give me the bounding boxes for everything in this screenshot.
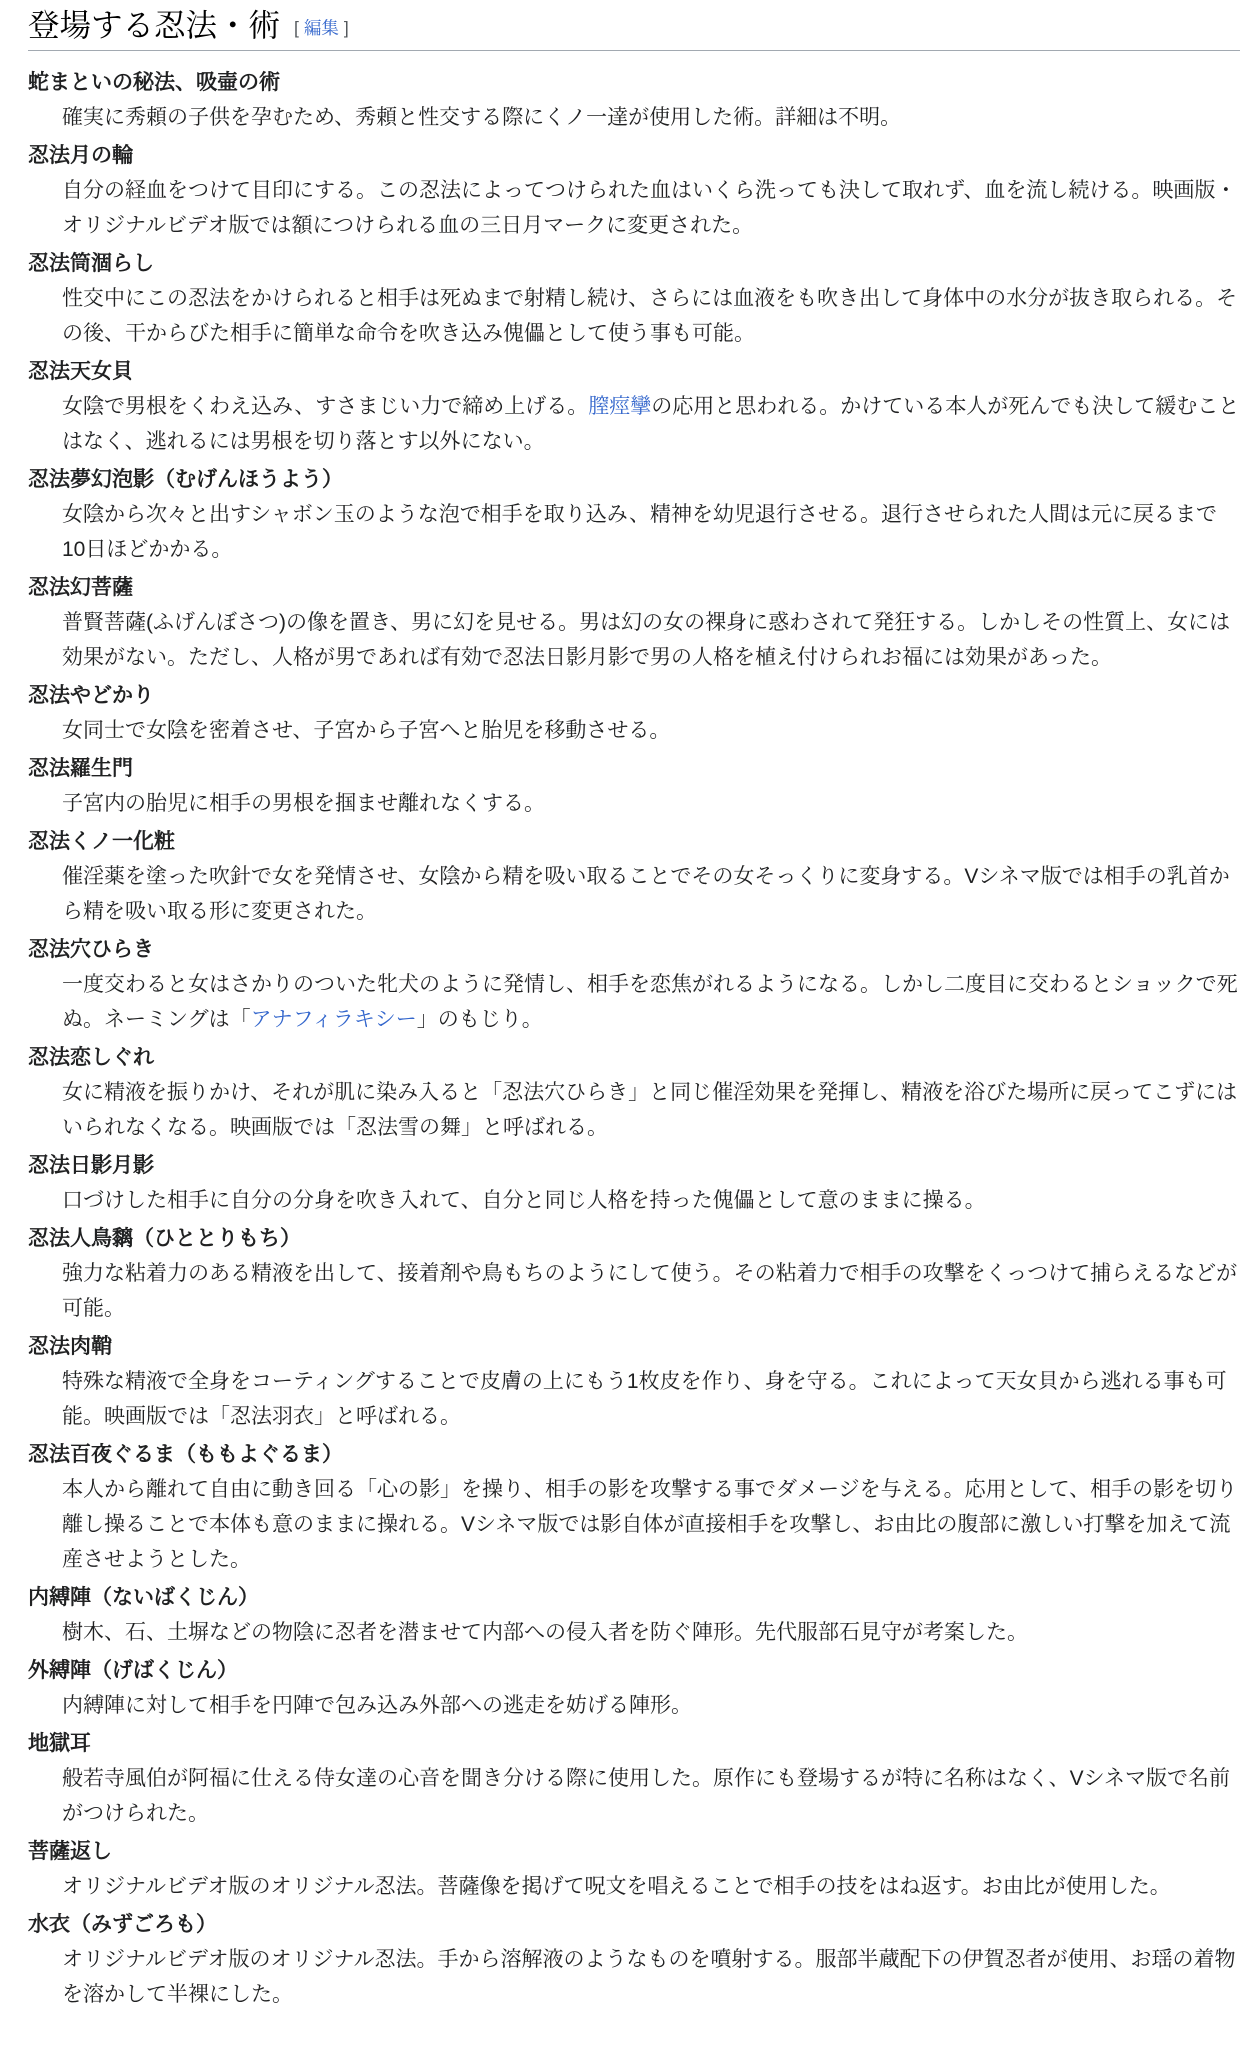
technique-description: 女に精液を振りかけ、それが肌に染み入ると「忍法穴ひらき」と同じ催淫効果を発揮し、… — [62, 1075, 1240, 1145]
technique-description: 普賢菩薩(ふげんぼさつ)の像を置き、男に幻を見せる。男は幻の女の裸身に惑わされて… — [62, 605, 1240, 675]
description-text: 女同士で女陰を密着させ、子宮から子宮へと胎児を移動させる。 — [62, 719, 670, 742]
technique-term: 忍法日影月影 — [28, 1148, 1240, 1183]
description-text: 強力な粘着力のある精液を出して、接着剤や鳥もちのようにして使う。その粘着力で相手… — [62, 1262, 1237, 1320]
technique-term: 外縛陣（げばくじん） — [28, 1653, 1240, 1688]
inline-link[interactable]: 膣痙攣 — [588, 395, 651, 418]
description-text: 自分の経血をつけて目印にする。この忍法によってつけられた血はいくら洗っても決して… — [62, 179, 1236, 237]
description-text: 一度交わると女はさかりのついた牝犬のように発情し、相手を恋焦がれるようになる。し… — [62, 973, 1238, 1031]
description-text: 女陰から次々と出すシャボン玉のような泡で相手を取り込み、精神を幼児退行させる。退… — [62, 503, 1217, 561]
description-text: 女に精液を振りかけ、それが肌に染み入ると「忍法穴ひらき」と同じ催淫効果を発揮し、… — [62, 1081, 1237, 1139]
description-text: 性交中にこの忍法をかけられると相手は死ぬまで射精し続け、さらには血液をも吹き出し… — [62, 287, 1237, 345]
technique-term: 蛇まといの秘法、吸壷の術 — [28, 65, 1240, 100]
description-text: オリジナルビデオ版のオリジナル忍法。手から溶解液のようなものを噴射する。服部半蔵… — [62, 1948, 1235, 2006]
technique-term: 水衣（みずごろも） — [28, 1907, 1240, 1942]
edit-link[interactable]: 編集 — [304, 18, 339, 38]
edit-bracket-left: [ — [294, 18, 299, 38]
description-text: 確実に秀頼の子供を孕むため、秀頼と性交する際にくノ一達が使用した術。詳細は不明。 — [62, 106, 901, 129]
description-text: 普賢菩薩(ふげんぼさつ)の像を置き、男に幻を見せる。男は幻の女の裸身に惑わされて… — [62, 611, 1230, 669]
inline-link[interactable]: アナフィラキシー — [251, 1008, 417, 1031]
description-text: 般若寺風伯が阿福に仕える侍女達の心音を聞き分ける際に使用した。原作にも登場するが… — [62, 1767, 1230, 1825]
technique-term: 忍法月の輪 — [28, 138, 1240, 173]
technique-term: 地獄耳 — [28, 1726, 1240, 1761]
technique-term: 忍法幻菩薩 — [28, 570, 1240, 605]
description-text: 催淫薬を塗った吹針で女を発情させ、女陰から精を吸い取ることでその女そっくりに変身… — [62, 865, 1230, 923]
technique-description: 本人から離れて自由に動き回る「心の影」を操り、相手の影を攻撃する事でダメージを与… — [62, 1472, 1240, 1577]
description-text: 内縛陣に対して相手を円陣で包み込み外部への逃走を妨げる陣形。 — [62, 1694, 692, 1717]
technique-description: 特殊な精液で全身をコーティングすることで皮膚の上にもう1枚皮を作り、身を守る。こ… — [62, 1364, 1240, 1434]
technique-term: 忍法人鳥黐（ひととりもち） — [28, 1221, 1240, 1256]
technique-description: 強力な粘着力のある精液を出して、接着剤や鳥もちのようにして使う。その粘着力で相手… — [62, 1256, 1240, 1326]
description-text: 樹木、石、土塀などの物陰に忍者を潜ませて内部への侵入者を防ぐ陣形。先代服部石見守… — [62, 1621, 1028, 1644]
description-text: 本人から離れて自由に動き回る「心の影」を操り、相手の影を攻撃する事でダメージを与… — [62, 1478, 1237, 1571]
technique-description: 口づけした相手に自分の分身を吹き入れて、自分と同じ人格を持った傀儡として意のまま… — [62, 1183, 1240, 1218]
technique-term: 忍法夢幻泡影（むげんほうよう） — [28, 462, 1240, 497]
technique-description: 確実に秀頼の子供を孕むため、秀頼と性交する際にくノ一達が使用した術。詳細は不明。 — [62, 100, 1240, 135]
description-text: オリジナルビデオ版のオリジナル忍法。菩薩像を掲げて呪文を唱えることで相手の技をは… — [62, 1875, 1171, 1898]
description-text: 子宮内の胎児に相手の男根を掴ませ離れなくする。 — [62, 792, 545, 815]
technique-term: 忍法筒涸らし — [28, 246, 1240, 281]
section-heading: 登場する忍法・術[編集] — [28, 2, 1240, 51]
technique-term: 忍法やどかり — [28, 678, 1240, 713]
techniques-list: 蛇まといの秘法、吸壷の術確実に秀頼の子供を孕むため、秀頼と性交する際にくノ一達が… — [28, 65, 1240, 2012]
technique-term: 忍法天女貝 — [28, 354, 1240, 389]
technique-description: 女陰で男根をくわえ込み、すさまじい力で締め上げる。膣痙攣の応用と思われる。かけて… — [62, 389, 1240, 459]
technique-term: 忍法くノ一化粧 — [28, 824, 1240, 859]
technique-term: 忍法恋しぐれ — [28, 1040, 1240, 1075]
technique-description: オリジナルビデオ版のオリジナル忍法。手から溶解液のようなものを噴射する。服部半蔵… — [62, 1942, 1240, 2012]
technique-term: 忍法穴ひらき — [28, 932, 1240, 967]
technique-description: 女同士で女陰を密着させ、子宮から子宮へと胎児を移動させる。 — [62, 713, 1240, 748]
technique-description: オリジナルビデオ版のオリジナル忍法。菩薩像を掲げて呪文を唱えることで相手の技をは… — [62, 1869, 1240, 1904]
technique-description: 樹木、石、土塀などの物陰に忍者を潜ませて内部への侵入者を防ぐ陣形。先代服部石見守… — [62, 1615, 1240, 1650]
technique-description: 般若寺風伯が阿福に仕える侍女達の心音を聞き分ける際に使用した。原作にも登場するが… — [62, 1761, 1240, 1831]
technique-description: 催淫薬を塗った吹針で女を発情させ、女陰から精を吸い取ることでその女そっくりに変身… — [62, 859, 1240, 929]
description-text: 口づけした相手に自分の分身を吹き入れて、自分と同じ人格を持った傀儡として意のまま… — [62, 1189, 986, 1212]
technique-description: 性交中にこの忍法をかけられると相手は死ぬまで射精し続け、さらには血液をも吹き出し… — [62, 281, 1240, 351]
edit-bracket-right: ] — [344, 18, 349, 38]
technique-term: 忍法百夜ぐるま（ももよぐるま） — [28, 1437, 1240, 1472]
technique-description: 内縛陣に対して相手を円陣で包み込み外部への逃走を妨げる陣形。 — [62, 1688, 1240, 1723]
technique-description: 一度交わると女はさかりのついた牝犬のように発情し、相手を恋焦がれるようになる。し… — [62, 967, 1240, 1037]
technique-term: 忍法肉鞘 — [28, 1329, 1240, 1364]
description-text: 特殊な精液で全身をコーティングすることで皮膚の上にもう1枚皮を作り、身を守る。こ… — [62, 1370, 1227, 1428]
technique-term: 忍法羅生門 — [28, 751, 1240, 786]
description-text: 」のもじり。 — [417, 1008, 543, 1031]
technique-description: 自分の経血をつけて目印にする。この忍法によってつけられた血はいくら洗っても決して… — [62, 173, 1240, 243]
technique-description: 女陰から次々と出すシャボン玉のような泡で相手を取り込み、精神を幼児退行させる。退… — [62, 497, 1240, 567]
section-heading-text: 登場する忍法・術 — [28, 7, 280, 43]
technique-description: 子宮内の胎児に相手の男根を掴ませ離れなくする。 — [62, 786, 1240, 821]
article-section: 登場する忍法・術[編集] 蛇まといの秘法、吸壷の術確実に秀頼の子供を孕むため、秀… — [0, 0, 1260, 2045]
edit-section: [編集] — [294, 18, 349, 38]
technique-term: 菩薩返し — [28, 1834, 1240, 1869]
technique-term: 内縛陣（ないばくじん） — [28, 1580, 1240, 1615]
description-text: 女陰で男根をくわえ込み、すさまじい力で締め上げる。 — [62, 395, 588, 418]
